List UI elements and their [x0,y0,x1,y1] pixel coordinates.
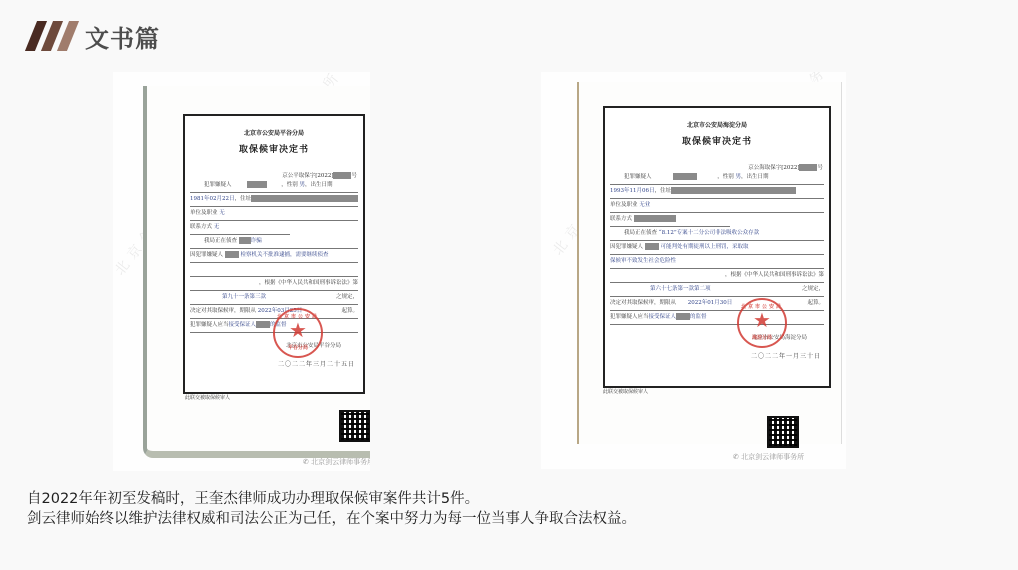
blank-line [190,263,358,277]
investigation-line: 我局正在侦查 诈骗 [190,235,358,249]
suspect-line: 犯罪嫌疑人 ，性别 男，出生日期 [610,171,824,185]
official-seal-icon: 北京市公安局 ★ 平谷分局 [273,308,323,358]
job-line: 单位及职业 无业 [610,199,824,213]
caption-line-2: 剑云律师始终以维护法律权威和司法公正为己任，在个案中努力为每一位当事人争取合法权… [27,509,636,529]
redaction [634,215,676,222]
job-line: 单位及职业 无 [190,207,358,221]
footer-note: 此联交被取保候审人 [603,388,648,395]
reason-line: 因犯罪嫌疑人 可能判处有期徒刑以上刑罚，采取取 [610,241,824,255]
document-title: 取保候审决定书 [605,134,829,147]
qr-code-icon [339,410,370,442]
redaction [673,173,697,180]
redaction [256,321,270,328]
star-icon: ★ [275,320,321,340]
redaction [333,172,351,179]
caption-line-1: 自2022年年初至发稿时，王奎杰律师成功办理取保候审案件共计5件。 [27,489,636,509]
qr-code-icon [767,416,799,448]
slash-decoration-icon [25,21,77,51]
section-header: 文书篇 [25,20,160,52]
law-reference-line: ，根据《中华人民共和国刑事诉讼法》第 [190,277,358,291]
official-seal-icon: 北京市公安局 ★ 海淀分局 [737,298,787,348]
guarantee-line: 犯罪嫌疑人应当接受保证人的监督 [610,311,824,325]
article-line: 第六十七条第一款第二项之规定， [610,283,824,297]
redaction [247,181,267,188]
issuing-authority: 北京市公安局平谷分局 [185,128,363,137]
period-line: 决定对其取保候审，期限从 2022年03月25日起算。 [190,305,358,319]
redaction [251,195,358,202]
law-reference-line: ，根据《中华人民共和国刑事诉讼法》第 [610,269,824,283]
address-line: 1981年02月22日，住址 [190,193,358,207]
caption-text: 自2022年年初至发稿时，王奎杰律师成功办理取保候审案件共计5件。 剑云律师始终… [27,489,636,529]
redaction [645,243,659,250]
suspect-line: 犯罪嫌疑人 ，性别 男，出生日期 [190,179,358,193]
signing-date: 二〇二二年一月三十日 [605,351,821,360]
redaction [239,237,251,244]
image-credit: ✆ 北京剑云律师事务所 [733,452,804,462]
document-photo-pinggu: 北京剑云律师事务所 北京剑云律师事务所 北京剑云律师事务所 北京市公安局平谷分局… [113,72,370,471]
wechat-icon: ✆ [303,458,311,466]
star-icon: ★ [739,310,785,330]
period-line: 决定对其取保候审，期限从 2022年01月30日起算。 [610,297,824,311]
decision-form: 北京市公安局海淀分局 取保候审决定书 京公海取保字[2022]号 犯罪嫌疑人 ，… [603,106,831,388]
document-number: 京公平取保字[2022]号 [185,171,357,179]
contact-line: 联系方式 [610,213,730,227]
image-credit: ✆ 北京剑云律师事务所 [303,457,370,467]
paper-sheet: 北京市公安局平谷分局 取保候审决定书 京公平取保字[2022]号 犯罪嫌疑人 ，… [143,86,370,458]
contact-line: 联系方式 无 [190,221,290,235]
paper-sheet: 北京市公安局海淀分局 取保候审决定书 京公海取保字[2022]号 犯罪嫌疑人 ，… [577,82,842,444]
document-photo-haidian: 北京剑云律师事务所 北京剑云律师事务所 北京剑云律师事务所 北京市公安局海淀分局… [541,72,846,469]
address-line: 1993年11月06日，住址 [610,185,824,199]
redaction [676,313,690,320]
issuing-authority: 北京市公安局海淀分局 [605,120,829,129]
investigation-line: 我局正在侦查 “8.12”专案十二分公司非法吸收公众存款 [610,227,824,241]
decision-form: 北京市公安局平谷分局 取保候审决定书 京公平取保字[2022]号 犯罪嫌疑人 ，… [183,114,365,394]
redaction [225,251,239,258]
footer-note: 此联交被取保候审人 [185,394,230,401]
redaction [799,164,817,171]
signing-date: 二〇二二年三月二十五日 [185,359,355,368]
reason-line: 因犯罪嫌疑人 检察机关不批准逮捕，需要继续侦查 [190,249,358,263]
document-title: 取保候审决定书 [185,142,363,155]
article-line: 第九十一条第三款之规定， [190,291,358,305]
reason-continued-line: 保候审不致发生社会危险性 [610,255,824,269]
document-number: 京公海取保字[2022]号 [605,163,823,171]
section-title: 文书篇 [85,19,160,54]
wechat-icon: ✆ [733,453,741,461]
redaction [671,187,796,194]
